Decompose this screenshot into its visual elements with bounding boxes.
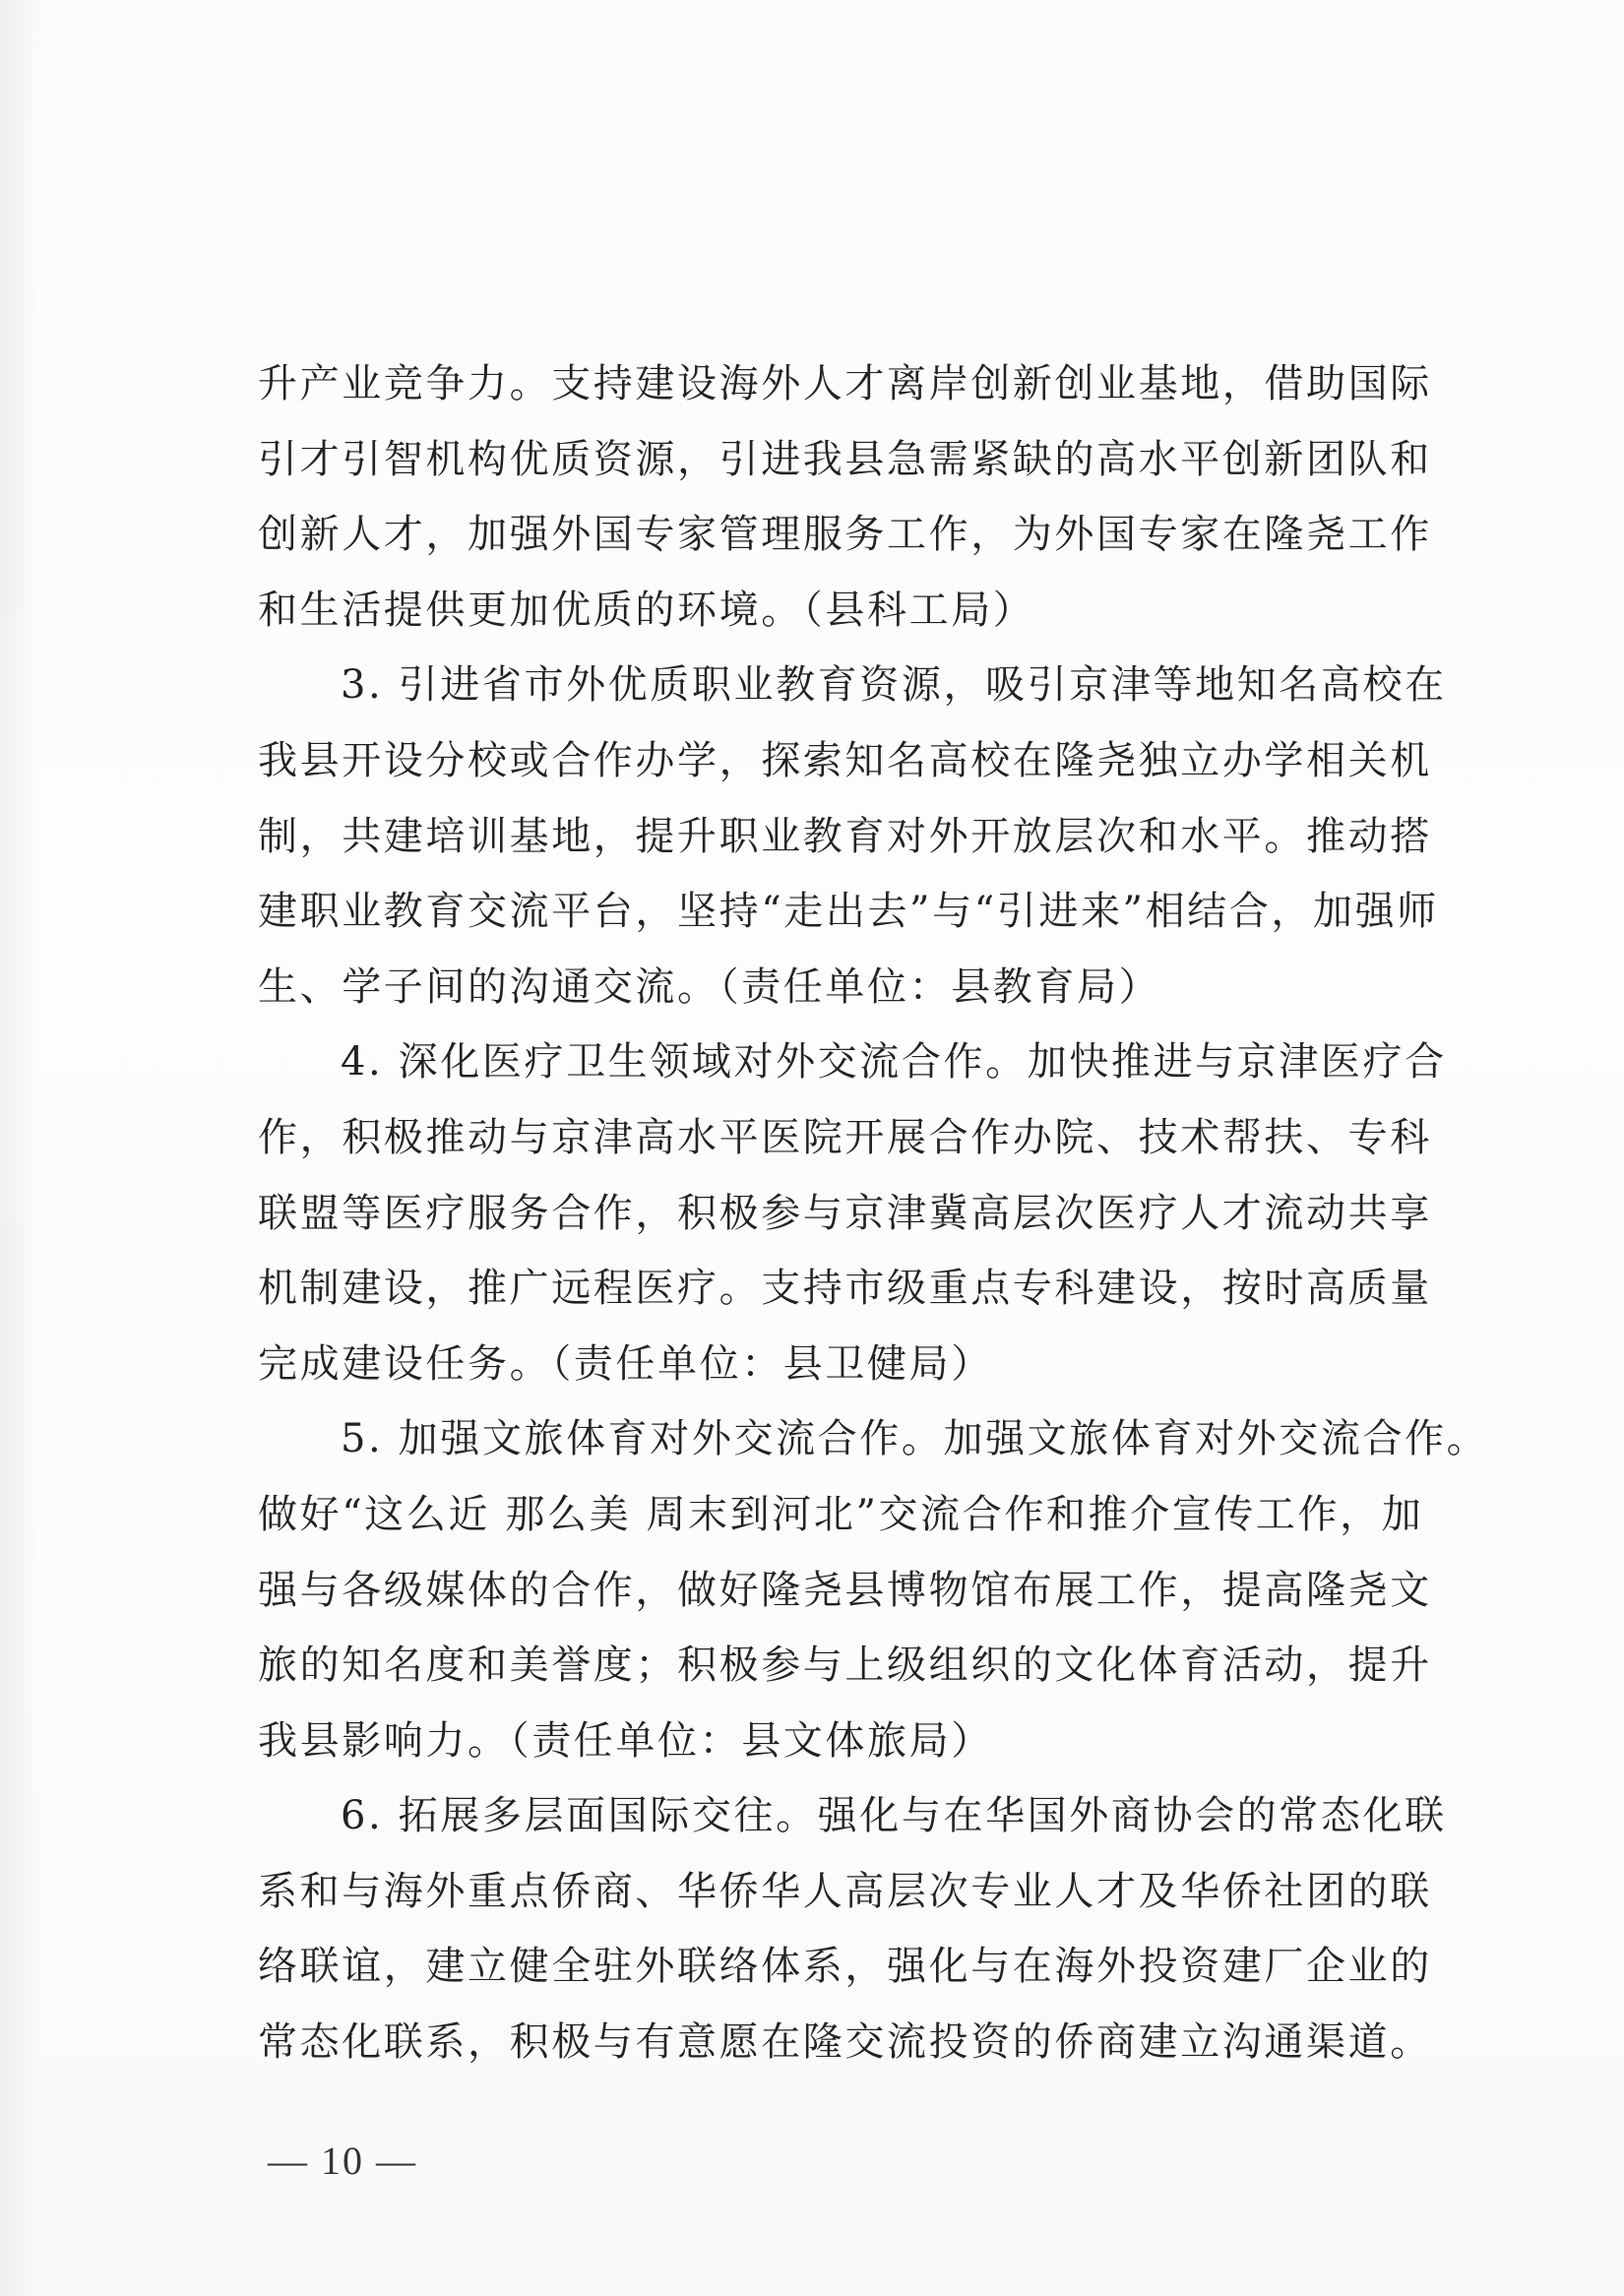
- text-line: 络联谊，建立健全驻外联络体系，强化与在海外投资建厂企业的: [258, 1929, 1439, 2005]
- text-line: 建职业教育交流平台，坚持“走出去”与“引进来”相结合，加强师: [258, 874, 1439, 950]
- text-line: 旅的知名度和美誉度；积极参与上级组织的文化体育活动，提升: [258, 1628, 1439, 1704]
- text-line: 系和与海外重点侨商、华侨华人高层次专业人才及华侨社团的联: [258, 1854, 1439, 1930]
- page-number: — 10 —: [268, 2138, 417, 2184]
- text-line: 作，积极推动与京津高水平医院开展合作办院、技术帮扶、专科: [258, 1100, 1439, 1176]
- text-line: 我县影响力。（责任单位：县文体旅局）: [258, 1704, 1439, 1779]
- text-line: 完成建设任务。（责任单位：县卫健局）: [258, 1327, 1439, 1402]
- text-line: 常态化联系，积极与有意愿在隆交流投资的侨商建立沟通渠道。: [258, 2005, 1439, 2080]
- text-line: 升产业竞争力。支持建设海外人才离岸创新创业基地，借助国际: [258, 346, 1439, 422]
- text-line: 3. 引进省市外优质职业教育资源，吸引京津等地知名高校在: [258, 648, 1439, 723]
- text-line: 我县开设分校或合作办学，探索知名高校在隆尧独立办学相关机: [258, 723, 1439, 799]
- text-line: 做好“这么近 那么美 周末到河北”交流合作和推介宣传工作，加: [258, 1477, 1439, 1553]
- text-line: 机制建设，推广远程医疗。支持市级重点专科建设，按时高质量: [258, 1251, 1439, 1327]
- body-text: 升产业竞争力。支持建设海外人才离岸创新创业基地，借助国际 引才引智机构优质资源，…: [258, 346, 1439, 2080]
- paragraph-5-culture-tourism-sports: 5. 加强文旅体育对外交流合作。加强文旅体育对外交流合作。 做好“这么近 那么美…: [258, 1401, 1439, 1778]
- text-line: 生、学子间的沟通交流。（责任单位：县教育局）: [258, 950, 1439, 1025]
- text-line: 6. 拓展多层面国际交往。强化与在华国外商协会的常态化联: [258, 1778, 1439, 1854]
- paragraph-continuation: 升产业竞争力。支持建设海外人才离岸创新创业基地，借助国际 引才引智机构优质资源，…: [258, 346, 1439, 648]
- text-line: 引才引智机构优质资源，引进我县急需紧缺的高水平创新团队和: [258, 422, 1439, 498]
- text-line: 创新人才，加强外国专家管理服务工作，为外国专家在隆尧工作: [258, 497, 1439, 573]
- paragraph-6-international-exchange: 6. 拓展多层面国际交往。强化与在华国外商协会的常态化联 系和与海外重点侨商、华…: [258, 1778, 1439, 2079]
- text-line: 和生活提供更加优质的环境。（县科工局）: [258, 573, 1439, 649]
- text-line: 制，共建培训基地，提升职业教育对外开放层次和水平。推动搭: [258, 799, 1439, 875]
- text-line: 5. 加强文旅体育对外交流合作。加强文旅体育对外交流合作。: [258, 1401, 1439, 1477]
- document-page: 升产业竞争力。支持建设海外人才离岸创新创业基地，借助国际 引才引智机构优质资源，…: [0, 0, 1624, 2296]
- text-line: 强与各级媒体的合作，做好隆尧县博物馆布展工作，提高隆尧文: [258, 1553, 1439, 1629]
- scan-edge-shadow: [0, 0, 39, 2296]
- text-line: 联盟等医疗服务合作，积极参与京津冀高层次医疗人才流动共享: [258, 1176, 1439, 1252]
- text-line: 4. 深化医疗卫生领域对外交流合作。加快推进与京津医疗合: [258, 1024, 1439, 1100]
- paragraph-3-vocational-education: 3. 引进省市外优质职业教育资源，吸引京津等地知名高校在 我县开设分校或合作办学…: [258, 648, 1439, 1024]
- paragraph-4-medical-cooperation: 4. 深化医疗卫生领域对外交流合作。加快推进与京津医疗合 作，积极推动与京津高水…: [258, 1024, 1439, 1401]
